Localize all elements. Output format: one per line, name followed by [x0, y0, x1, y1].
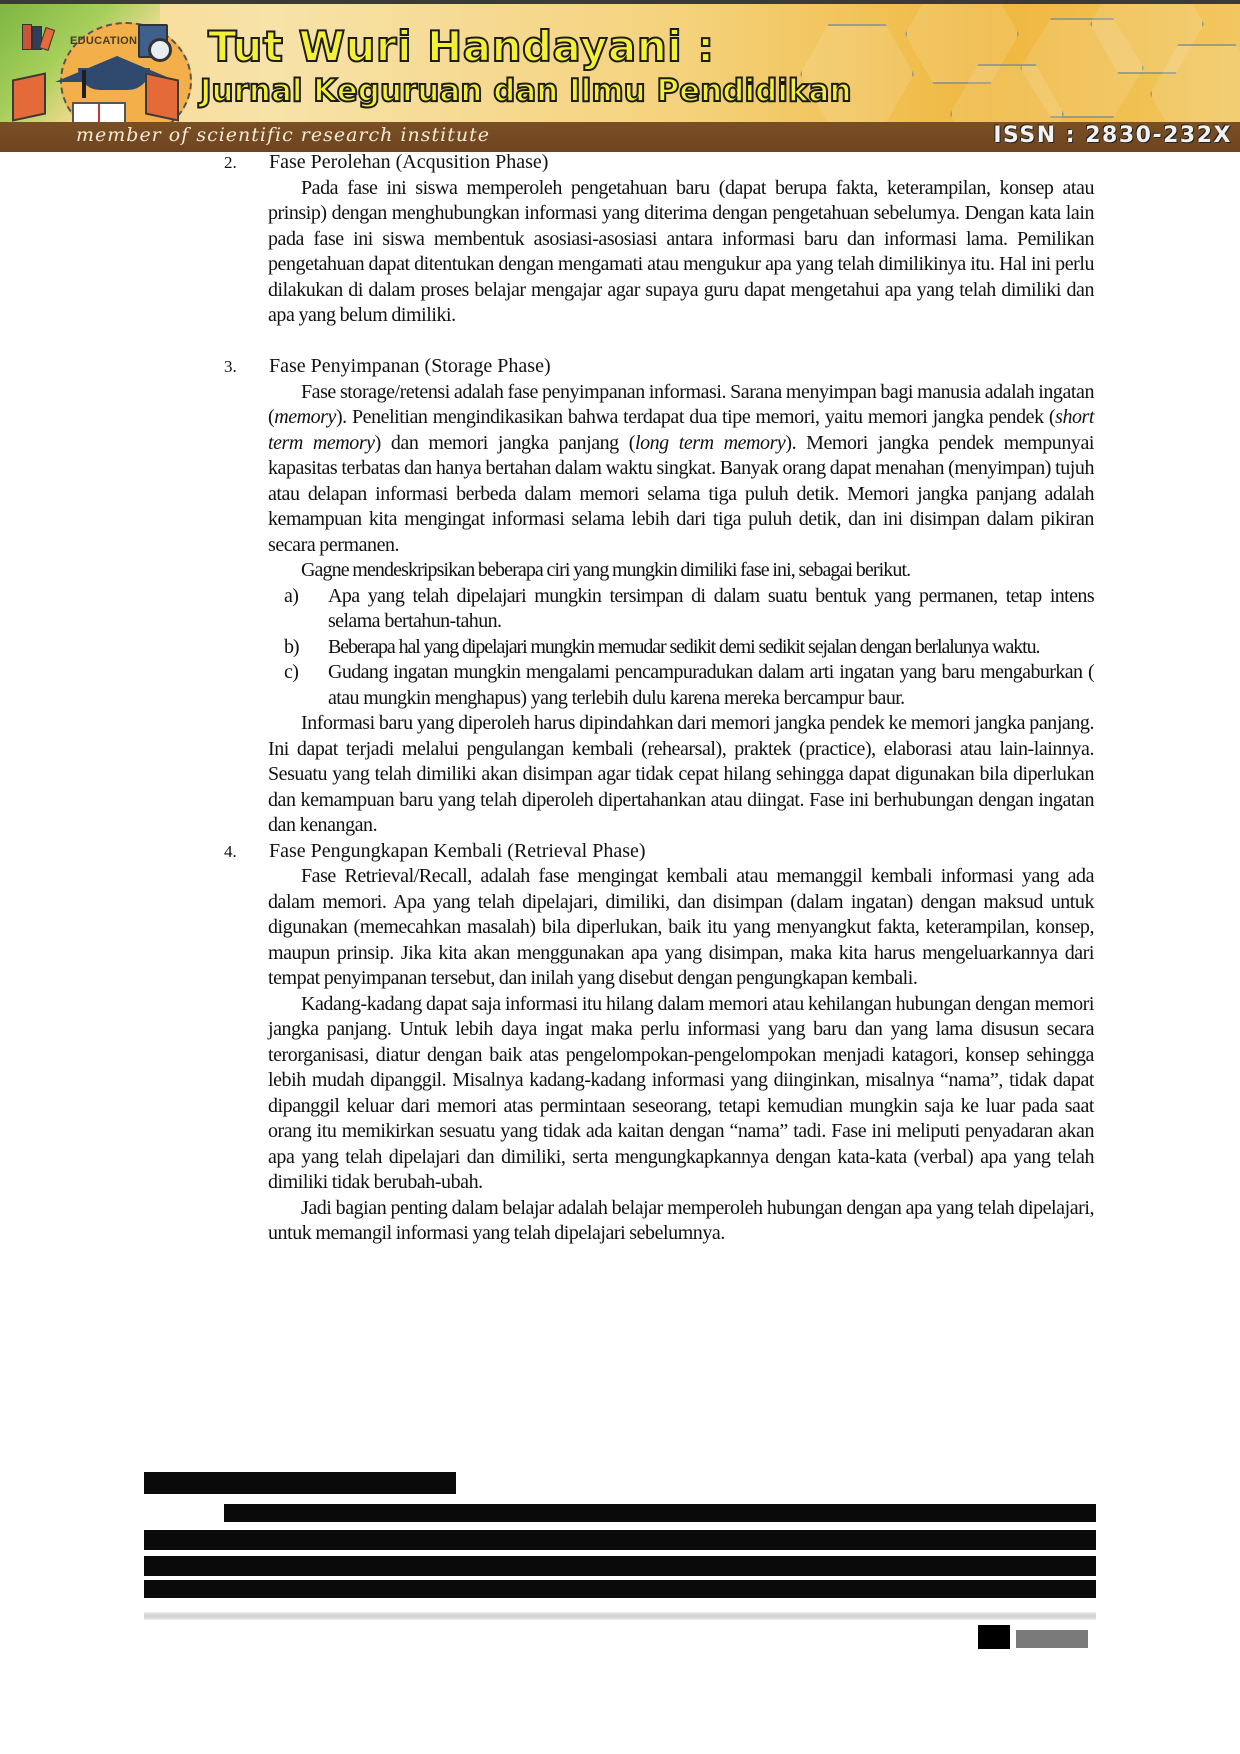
redacted-line	[144, 1556, 1096, 1576]
list-item: a)Apa yang telah dipelajari mungkin ters…	[284, 584, 1094, 635]
redacted-page-label	[1016, 1630, 1088, 1648]
list-marker: a)	[284, 584, 298, 610]
paragraph: Kadang-kadang dapat saja informasi itu h…	[268, 992, 1094, 1196]
paragraph: Fase Retrieval/Recall, adalah fase mengi…	[268, 864, 1094, 992]
section-title: Fase Pengungkapan Kembali (Retrieval Pha…	[269, 840, 646, 862]
redacted-line	[144, 1580, 1096, 1598]
paragraph: Jadi bagian penting dalam belajar adalah…	[268, 1196, 1094, 1247]
redacted-line	[224, 1504, 1096, 1522]
paragraph: Pada fase ini siswa memperoleh pengetahu…	[268, 176, 1094, 329]
section-number: 4.	[224, 839, 237, 865]
graduation-cap-base	[78, 68, 150, 90]
paragraph: Gagne mendeskripsikan beberapa ciri yang…	[268, 558, 1094, 584]
cap-tassel	[82, 70, 86, 98]
characteristics-list: a)Apa yang telah dipelajari mungkin ters…	[284, 584, 1094, 712]
journal-motto: member of scientific research institute	[76, 124, 490, 146]
list-marker: c)	[284, 660, 298, 686]
journal-header-banner: EDUCATION Tut Wuri Handayani : Jurnal Ke…	[0, 0, 1240, 152]
redacted-line	[144, 1530, 1096, 1550]
paragraph: Informasi baru yang diperoleh harus dipi…	[268, 711, 1094, 839]
list-item: c)Gudang ingatan mungkin mengalami penca…	[284, 660, 1094, 711]
journal-subtitle: Jurnal Keguruan dan Ilmu Pendidikan	[200, 74, 852, 108]
section-number: 3.	[224, 354, 237, 380]
open-book-right-icon	[145, 72, 179, 121]
section-number: 2.	[224, 150, 237, 176]
section-heading: 4. Fase Pengungkapan Kembali (Retrieval …	[224, 839, 1094, 865]
issn-number: ISSN : 2830-232X	[993, 123, 1232, 148]
redacted-page-number	[978, 1625, 1010, 1649]
books-icon	[20, 22, 60, 50]
paragraph: Fase storage/retensi adalah fase penyimp…	[268, 380, 1094, 559]
section-heading: 2. Fase Perolehan (Acqusition Phase)	[224, 150, 1094, 176]
section-title: Fase Perolehan (Acqusition Phase)	[269, 151, 548, 173]
italic-term: memory	[274, 406, 336, 428]
redacted-heading	[144, 1472, 456, 1494]
banner-strip: member of scientific research institute …	[0, 122, 1240, 152]
italic-term: long term memory	[635, 432, 785, 454]
journal-title: Tut Wuri Handayani :	[208, 24, 715, 70]
list-item: b)Beberapa hal yang dipelajari mungkin m…	[284, 635, 1094, 661]
footer-divider	[144, 1612, 1096, 1620]
list-marker: b)	[284, 635, 298, 661]
education-label: EDUCATION	[70, 35, 137, 47]
section-heading: 3. Fase Penyimpanan (Storage Phase)	[224, 354, 1094, 380]
section-title: Fase Penyimpanan (Storage Phase)	[269, 355, 551, 377]
open-book-left-icon	[12, 72, 46, 121]
article-body: 2. Fase Perolehan (Acqusition Phase) Pad…	[224, 150, 1094, 1247]
